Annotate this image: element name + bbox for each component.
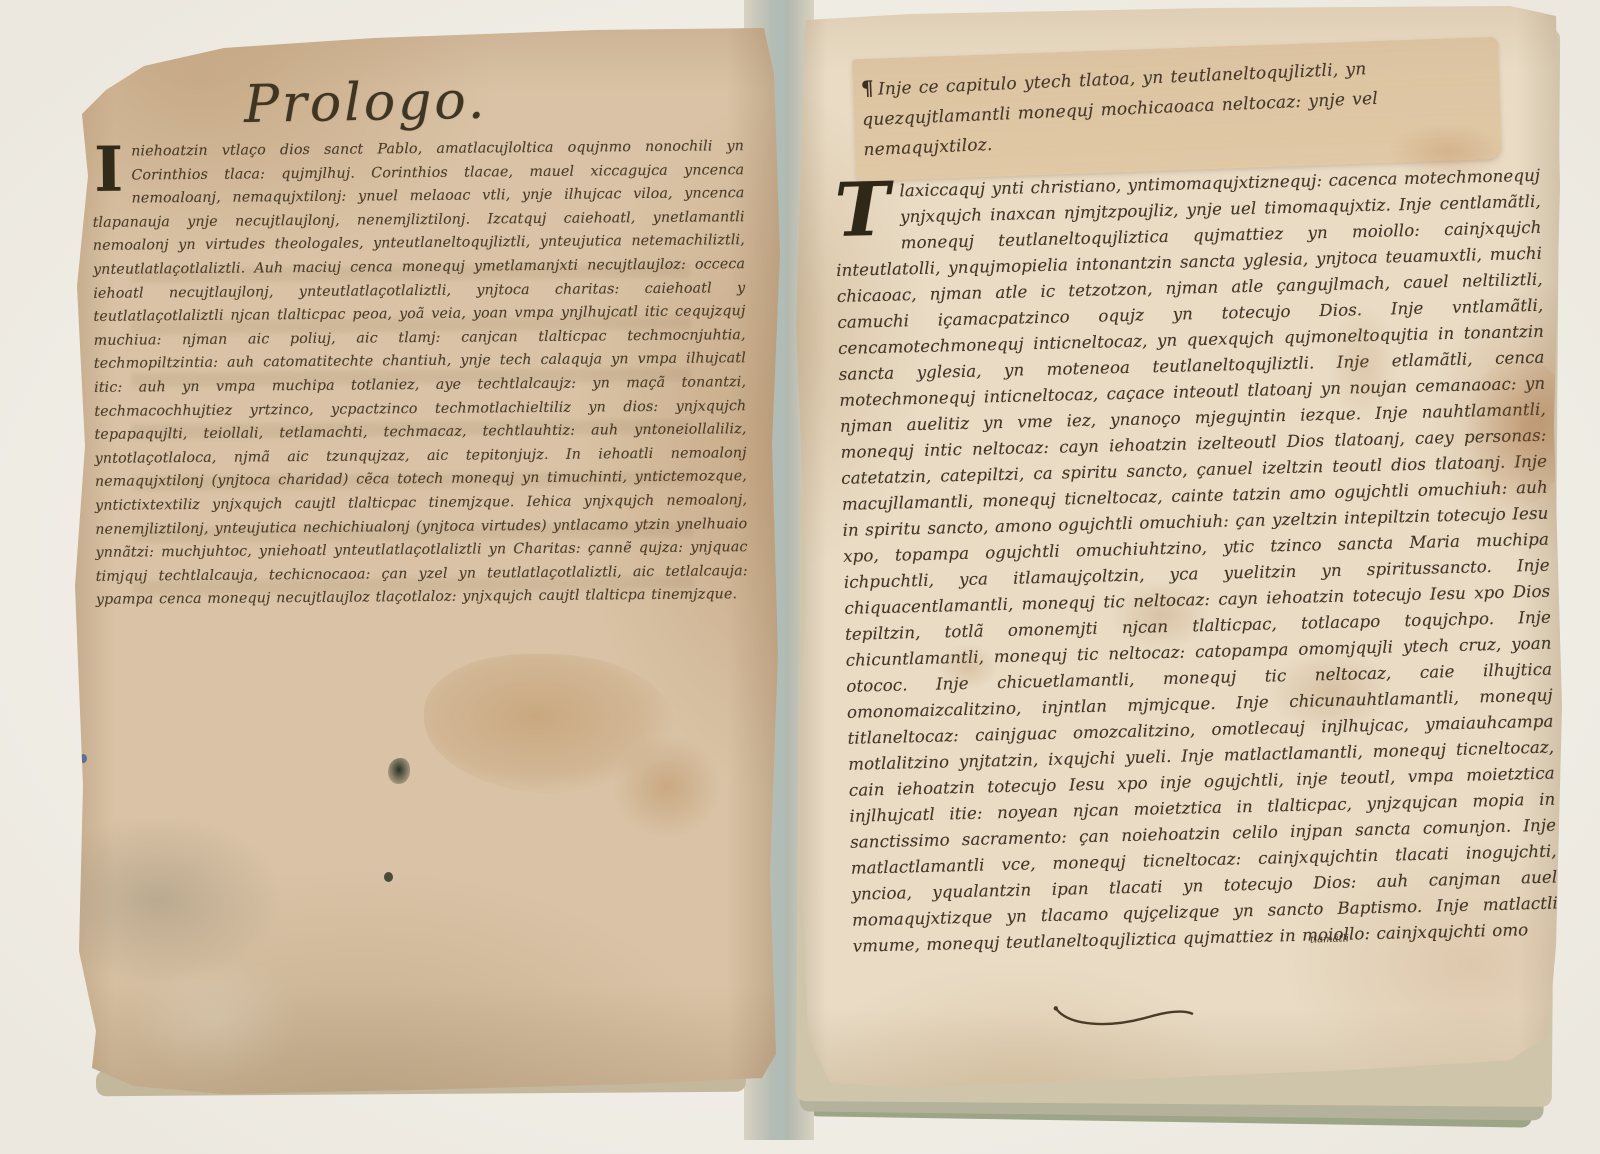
chapter-paragraph: Tlaxiccaquj ynti christiano, yntimomaquj… [834, 163, 1559, 960]
interlinear-correction: tlamãtli [1310, 933, 1349, 945]
pilcrow-mark: ¶ [860, 76, 878, 101]
left-page: Prologo. Iniehoatzin vtlaço dios sanct P… [72, 16, 784, 1094]
drop-cap-initial: I [92, 141, 132, 195]
ink-fleck [384, 872, 393, 882]
blue-fleck [80, 754, 87, 763]
drop-cap-initial: T [834, 178, 901, 240]
water-stain [424, 654, 674, 794]
right-page: ¶Inje ce capitulo ytech tlatoa, yn teutl… [788, 4, 1564, 1096]
manuscript-photo: Prologo. Iniehoatzin vtlaço dios sanct P… [0, 0, 1600, 1154]
prologue-text: niehoatzin vtlaço dios sanct Pablo, amat… [93, 138, 748, 608]
flourish-mark [1048, 995, 1199, 1030]
chapter-text: laxiccaquj ynti christiano, yntimomaqujx… [836, 166, 1558, 956]
ink-blot [388, 758, 410, 784]
prologue-paragraph: Iniehoatzin vtlaço dios sanct Pablo, ama… [92, 135, 748, 613]
chapter-heading-text: Inje ce capitulo ytech tlatoa, yn teutla… [862, 59, 1378, 160]
page-title: Prologo. [244, 69, 585, 135]
water-stain [612, 734, 722, 839]
